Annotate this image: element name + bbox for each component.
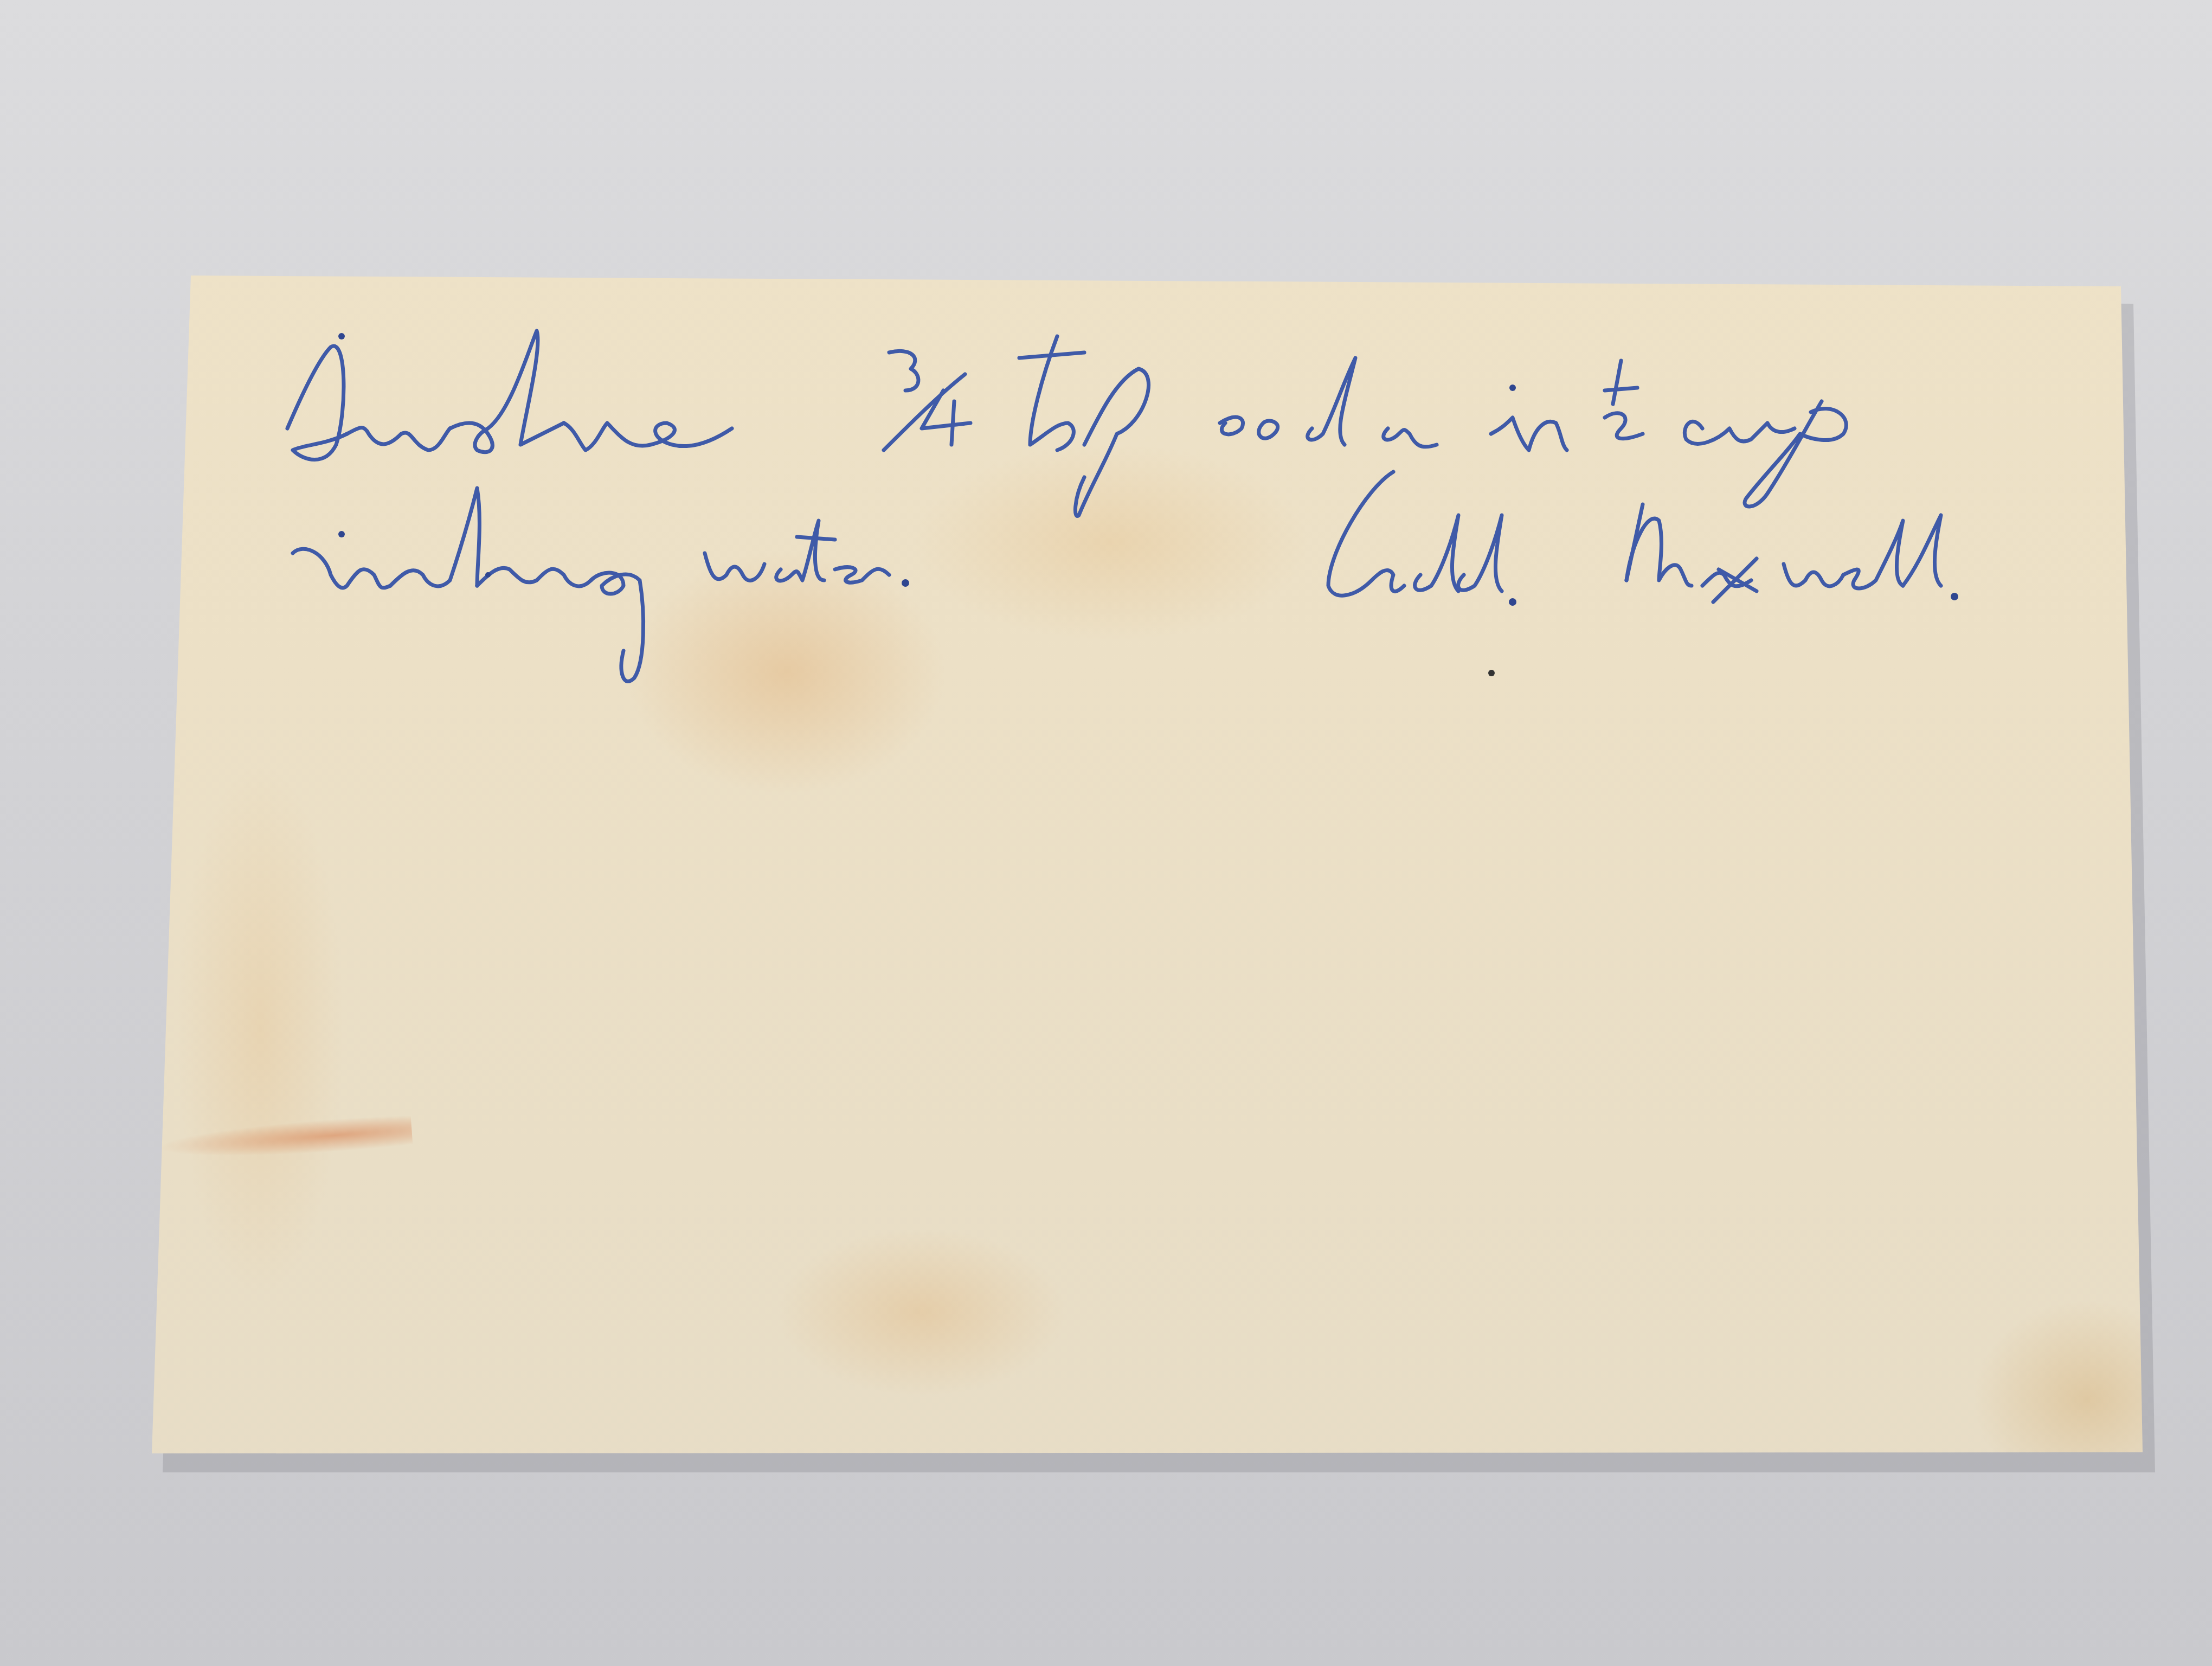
ink-speck [1488,670,1495,676]
handwriting [0,0,2212,1666]
handwriting-strokes [0,0,2212,1666]
